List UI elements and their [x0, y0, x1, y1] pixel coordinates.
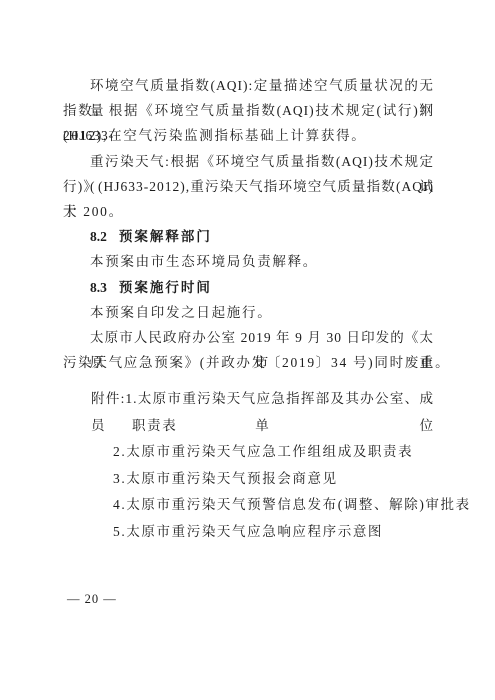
- section-heading-8-3: 8.3预案施行时间: [63, 275, 434, 300]
- aqi-definition-line-1: 环境空气质量指数(AQI):定量描述空气质量状况的无量纲: [63, 73, 434, 98]
- section-8-2-body: 本预案由市生态环境局负责解释。: [63, 249, 434, 274]
- section-8-3-body: 本预案自印发之日起施行。: [63, 300, 434, 325]
- section-8-3-number: 8.3: [90, 280, 107, 295]
- aqi-definition-line-2: 指数。根据《环境空气质量指数(AQI)技术规定(试行)》(HJ633-: [63, 98, 434, 123]
- attachments-label: 附件:: [91, 391, 125, 406]
- attachment-item-1-line-1: 附件:1.太原市重污染天气应急指挥部及其办公室、成员单位: [63, 386, 434, 413]
- document-page: 环境空气质量指数(AQI):定量描述空气质量状况的无量纲 指数。根据《环境空气质…: [0, 0, 495, 700]
- heavy-pollution-definition-line-2: 行)》(HJ633-2012),重污染天气指环境空气质量指数(AQI)大: [63, 174, 434, 199]
- section-8-3-title: 预案施行时间: [119, 280, 212, 295]
- repeal-clause-line-2: 污染天气应急预案》(并政办发〔2019〕34 号)同时废止。: [63, 350, 434, 375]
- section-8-2-title: 预案解释部门: [119, 229, 212, 244]
- heavy-pollution-definition-line-3: 于 200。: [63, 199, 434, 224]
- aqi-definition-line-3: 2012),在空气污染监测指标基础上计算获得。: [63, 123, 434, 148]
- main-text-block: 环境空气质量指数(AQI):定量描述空气质量状况的无量纲 指数。根据《环境空气质…: [63, 73, 434, 375]
- heavy-pollution-definition-line-1: 重污染天气:根据《环境空气质量指数(AQI)技术规定(试: [63, 149, 434, 174]
- attachment-item-5: 5.太原市重污染天气应急响应程序示意图: [63, 519, 434, 546]
- repeal-clause-line-1: 太原市人民政府办公室 2019 年 9 月 30 日印发的《太原市重: [63, 325, 434, 350]
- attachment-item-4: 4.太原市重污染天气预警信息发布(调整、解除)审批表: [63, 492, 434, 519]
- attachment-item-3: 3.太原市重污染天气预报会商意见: [63, 466, 434, 493]
- attachment-item-2: 2.太原市重污染天气应急工作组组成及职责表: [63, 439, 434, 466]
- page-number: — 20 —: [67, 592, 117, 607]
- section-heading-8-2: 8.2预案解释部门: [63, 224, 434, 249]
- attachments-list: 附件:1.太原市重污染天气应急指挥部及其办公室、成员单位 职责表 2.太原市重污…: [63, 386, 434, 546]
- section-8-2-number: 8.2: [90, 229, 107, 244]
